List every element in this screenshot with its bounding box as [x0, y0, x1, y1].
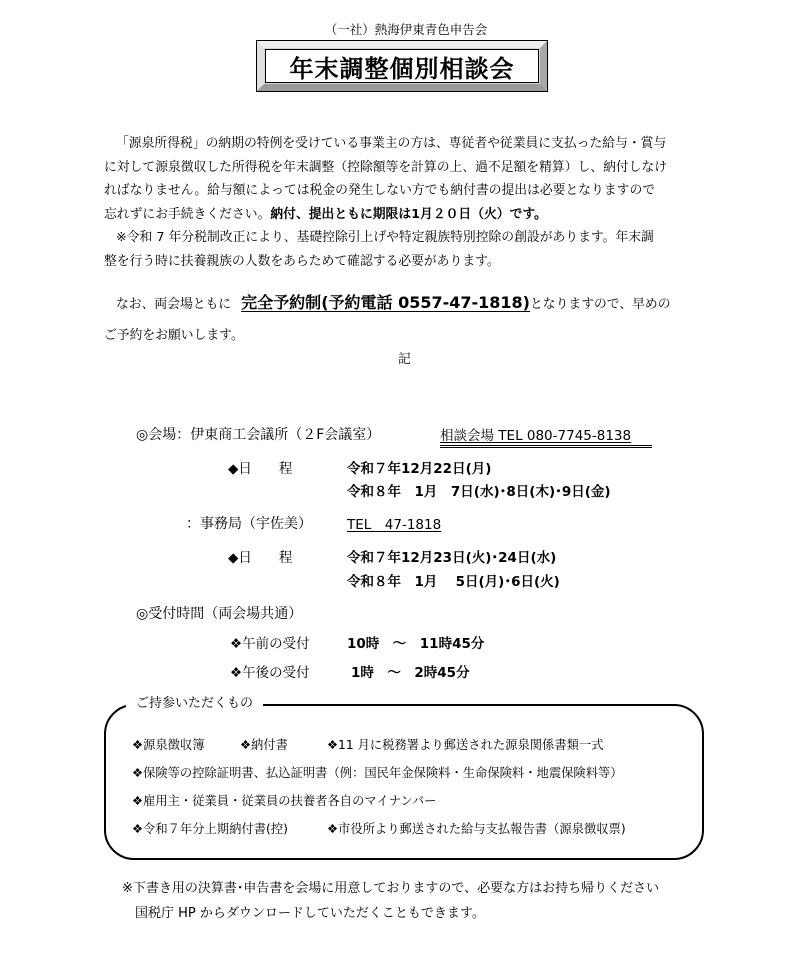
reception-morning-label: ❖午前の受付	[230, 632, 310, 652]
title-inner-box: 年末調整個別相談会	[265, 49, 539, 83]
bring-item-payment-slip: ❖納付書	[240, 735, 288, 753]
ki-heading: 記	[398, 348, 411, 367]
reservation-phone[interactable]: (予約電話 0557-47-1818)	[321, 293, 530, 312]
venue-1-tel-text: 相談会場 TEL 080-7745-8138	[440, 428, 631, 444]
reservation-emphasis: 完全予約制(予約電話 0557-47-1818)	[241, 293, 530, 312]
intro-line-4: 忘れずにお手続きください。納付、提出ともに期限は1月２０日（火）です。	[104, 203, 716, 227]
bring-item-first-half-slip: ❖令和７年分上期納付書(控)	[132, 819, 288, 837]
reservation-prefix: なお、両会場ともに	[116, 297, 231, 312]
intro-paragraph: 「源泉所得税」の納期の特例を受けている事業主の方は、専従者や従業員に支払った給与…	[104, 132, 716, 273]
venue-1-date-2: 令和８年 1月 7日(水)･8日(木)･9日(金)	[347, 480, 611, 500]
reservation-label: 完全予約制	[241, 293, 321, 312]
title-frame: 年末調整個別相談会	[256, 40, 548, 92]
venue-1-schedule-label: ◆日 程	[228, 457, 292, 477]
organization-name: （一社）熱海伊東青色申告会	[0, 20, 812, 38]
notice-line-2: 整を行う時に扶養親族の人数をあらためて確認する必要があります。	[104, 250, 716, 274]
venue-1-name: ◎会場：伊東商工会議所（２F会議室）	[136, 424, 380, 444]
bring-item-salary-report: ❖市役所より郵送された給与支払報告書（源泉徴収票)	[327, 819, 626, 837]
deadline-text: 納付、提出ともに期限は1月２０日（火）です。	[270, 207, 547, 222]
footer-note-1: ※下書き用の決算書･申告書を会場に用意しておりますので、必要な方はお持ち帰りくだ…	[122, 877, 659, 896]
reservation-line: なお、両会場ともに完全予約制(予約電話 0557-47-1818)となりますので…	[104, 290, 671, 313]
venue-2-date-2: 令和８年 1月 5日(月)･6日(火)	[347, 570, 560, 590]
reservation-line-2: ご予約をお願いします。	[104, 324, 244, 343]
bring-items-title: ご持参いただくもの	[126, 692, 263, 711]
venue-2-date-1: 令和７年12月23日(火)･24日(水)	[347, 546, 556, 566]
venue-1-date-1: 令和７年12月22日(月)	[347, 457, 491, 477]
reception-morning-time: 10時 ～ 11時45分	[347, 632, 484, 652]
bring-item-my-number: ❖雇用主・従業員・従業員の扶養者各自のマイナンバー	[132, 791, 436, 809]
intro-line-4-text: 忘れずにお手続きください。	[104, 207, 270, 222]
reception-title: ◎受付時間（両会場共通）	[136, 603, 302, 623]
venue-2-name: ：事務局（宇佐美）	[186, 513, 312, 533]
intro-line-1: 「源泉所得税」の納期の特例を受けている事業主の方は、専従者や従業員に支払った給与…	[104, 132, 716, 156]
intro-line-3: ればなりません。給与額によっては税金の発生しない方でも納付書の提出は必要となりま…	[104, 179, 716, 203]
venue-2-schedule-label: ◆日 程	[228, 546, 292, 566]
reception-afternoon-label: ❖午後の受付	[230, 661, 310, 681]
page-title: 年末調整個別相談会	[290, 49, 515, 84]
reservation-suffix: となりますので、早めの	[530, 297, 671, 312]
footer-note-2: 国税庁 HP からダウンロードしていただくこともできます。	[135, 902, 485, 921]
notice-line-1: ※令和 7 年分税制改正により、基礎控除引上げや特定親族特別控除の創設があります…	[104, 226, 716, 250]
reception-afternoon-time: 1時 ～ 2時45分	[351, 661, 470, 681]
bring-item-tax-office-docs: ❖11 月に税務署より郵送された源泉関係書類一式	[327, 735, 604, 753]
bring-item-insurance-certificates: ❖保険等の控除証明書、払込証明書（例：国民年金保険料・生命保険料・地震保険料等）	[132, 763, 623, 781]
bring-item-withholding-ledger: ❖源泉徴収簿	[132, 735, 205, 753]
intro-line-2: に対して源泉徴収した所得税を年末調整（控除額等を計算の上、過不足額を精算）し、納…	[104, 156, 716, 180]
venue-2-tel[interactable]: TEL 47-1818	[347, 513, 441, 533]
venue-1-tel[interactable]: 相談会場 TEL 080-7745-8138	[440, 424, 652, 448]
